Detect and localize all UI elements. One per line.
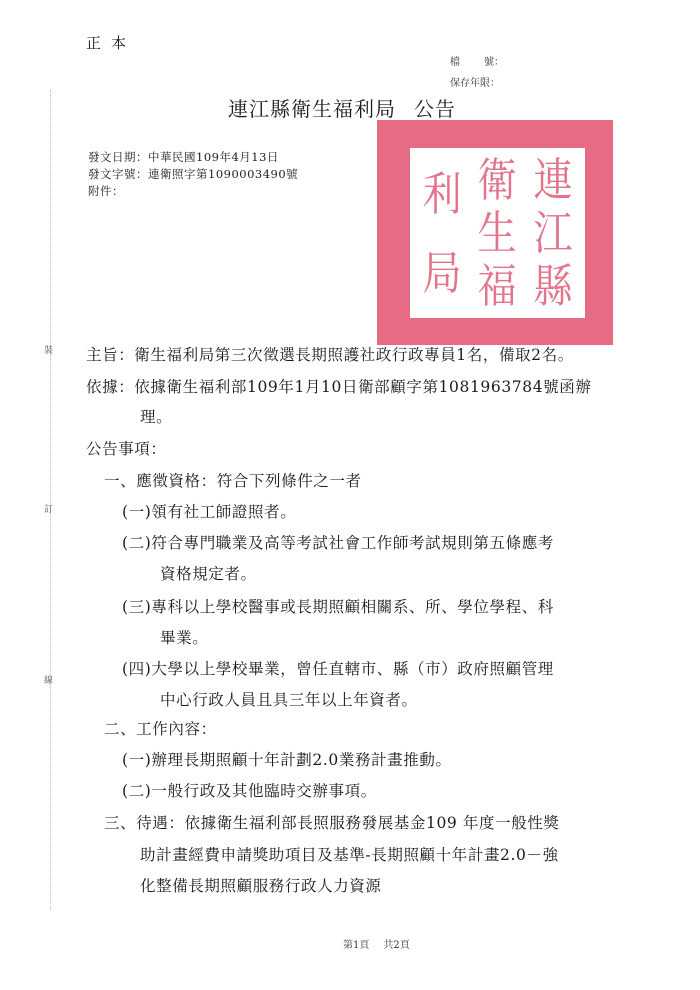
seal-char: 衛 <box>478 155 517 205</box>
file-number-label-end: 號： <box>484 57 504 68</box>
seal-column: 衛 生 福 <box>474 154 520 312</box>
copy-mark: 正本 <box>86 32 136 53</box>
issue-date: 發文日期：中華民國109年4月13日 <box>88 149 279 165</box>
seal-char: 局 <box>422 248 461 298</box>
qualification-item: (四)大學以上學校畢業，曾任直轄市、縣（市）政府照顧管理 <box>122 657 554 679</box>
qualification-item: (三)專科以上學校醫事或長期照顧相關系、所、學位學程、科 <box>122 595 554 617</box>
seal-column: 利 局 <box>419 154 465 312</box>
seal-char: 福 <box>478 261 517 311</box>
binding-line <box>50 90 51 910</box>
attachment-label: 附件： <box>88 183 124 199</box>
subject-line: 主旨：衛生福利局第三次徵選長期照護社政行政專員1名，備取2名。 <box>86 343 574 365</box>
official-seal: 連 江 縣 衛 生 福 利 局 <box>377 120 613 345</box>
duty-item: (二)一般行政及其他臨時交辦事項。 <box>122 779 377 801</box>
file-number-label: 檔 <box>450 57 460 68</box>
page-title: 連江縣衛生福利局公告 <box>228 93 456 122</box>
seal-inner: 連 江 縣 衛 生 福 利 局 <box>410 148 585 318</box>
seal-char: 生 <box>478 208 517 258</box>
retention-period-field: 保存年限： <box>450 74 500 89</box>
section-qualifications-heading: 一、應徵資格：符合下列條件之一者 <box>104 469 362 491</box>
seal-char: 連 <box>534 155 573 205</box>
qualification-item-cont: 資格規定者。 <box>160 562 257 584</box>
qualification-item-cont: 中心行政人員且具三年以上年資者。 <box>160 688 418 710</box>
binding-mark-xian: 線 <box>44 673 53 686</box>
duty-item: (一)辦理長期照顧十年計劃2.0業務計畫推動。 <box>122 748 452 770</box>
seal-column: 連 江 縣 <box>530 154 576 312</box>
page-total: 共2頁 <box>383 940 409 951</box>
page-footer: 第1頁共2頁 <box>343 936 410 951</box>
binding-mark-ding: 訂 <box>44 502 53 515</box>
binding-mark-zhuang: 裝 <box>44 343 53 356</box>
compensation-cont: 助計畫經費申請獎助項目及基準-長期照顧十年計畫2.0－強 <box>140 843 559 865</box>
qualification-item: (一)領有社工師證照者。 <box>122 500 296 522</box>
items-heading: 公告事項： <box>86 437 167 459</box>
qualification-item: (二)符合專門職業及高等考試社會工作師考試規則第五條應考 <box>122 531 554 553</box>
seal-char: 江 <box>534 208 573 258</box>
seal-char: 縣 <box>534 261 573 311</box>
doc-type: 公告 <box>414 97 456 121</box>
basis-line-cont: 理。 <box>140 405 172 427</box>
compensation-cont: 化整備長期照顧服務行政人力資源 <box>140 874 382 896</box>
document-number: 發文字號：連衛照字第1090003490號 <box>88 166 298 182</box>
section-compensation-heading: 三、待遇：依據衛生福利部長照服務發展基金109 年度一般性獎 <box>104 811 560 833</box>
seal-char: 利 <box>422 169 461 219</box>
file-number-field: 檔號： <box>450 53 504 68</box>
basis-line: 依據：依據衛生福利部109年1月10日衛部顧字第1081963784號函辦 <box>86 375 592 397</box>
qualification-item-cont: 畢業。 <box>160 626 208 648</box>
section-duties-heading: 二、工作內容： <box>104 717 217 739</box>
agency-name: 連江縣衛生福利局 <box>228 97 396 121</box>
page-number: 第1頁 <box>343 940 369 951</box>
